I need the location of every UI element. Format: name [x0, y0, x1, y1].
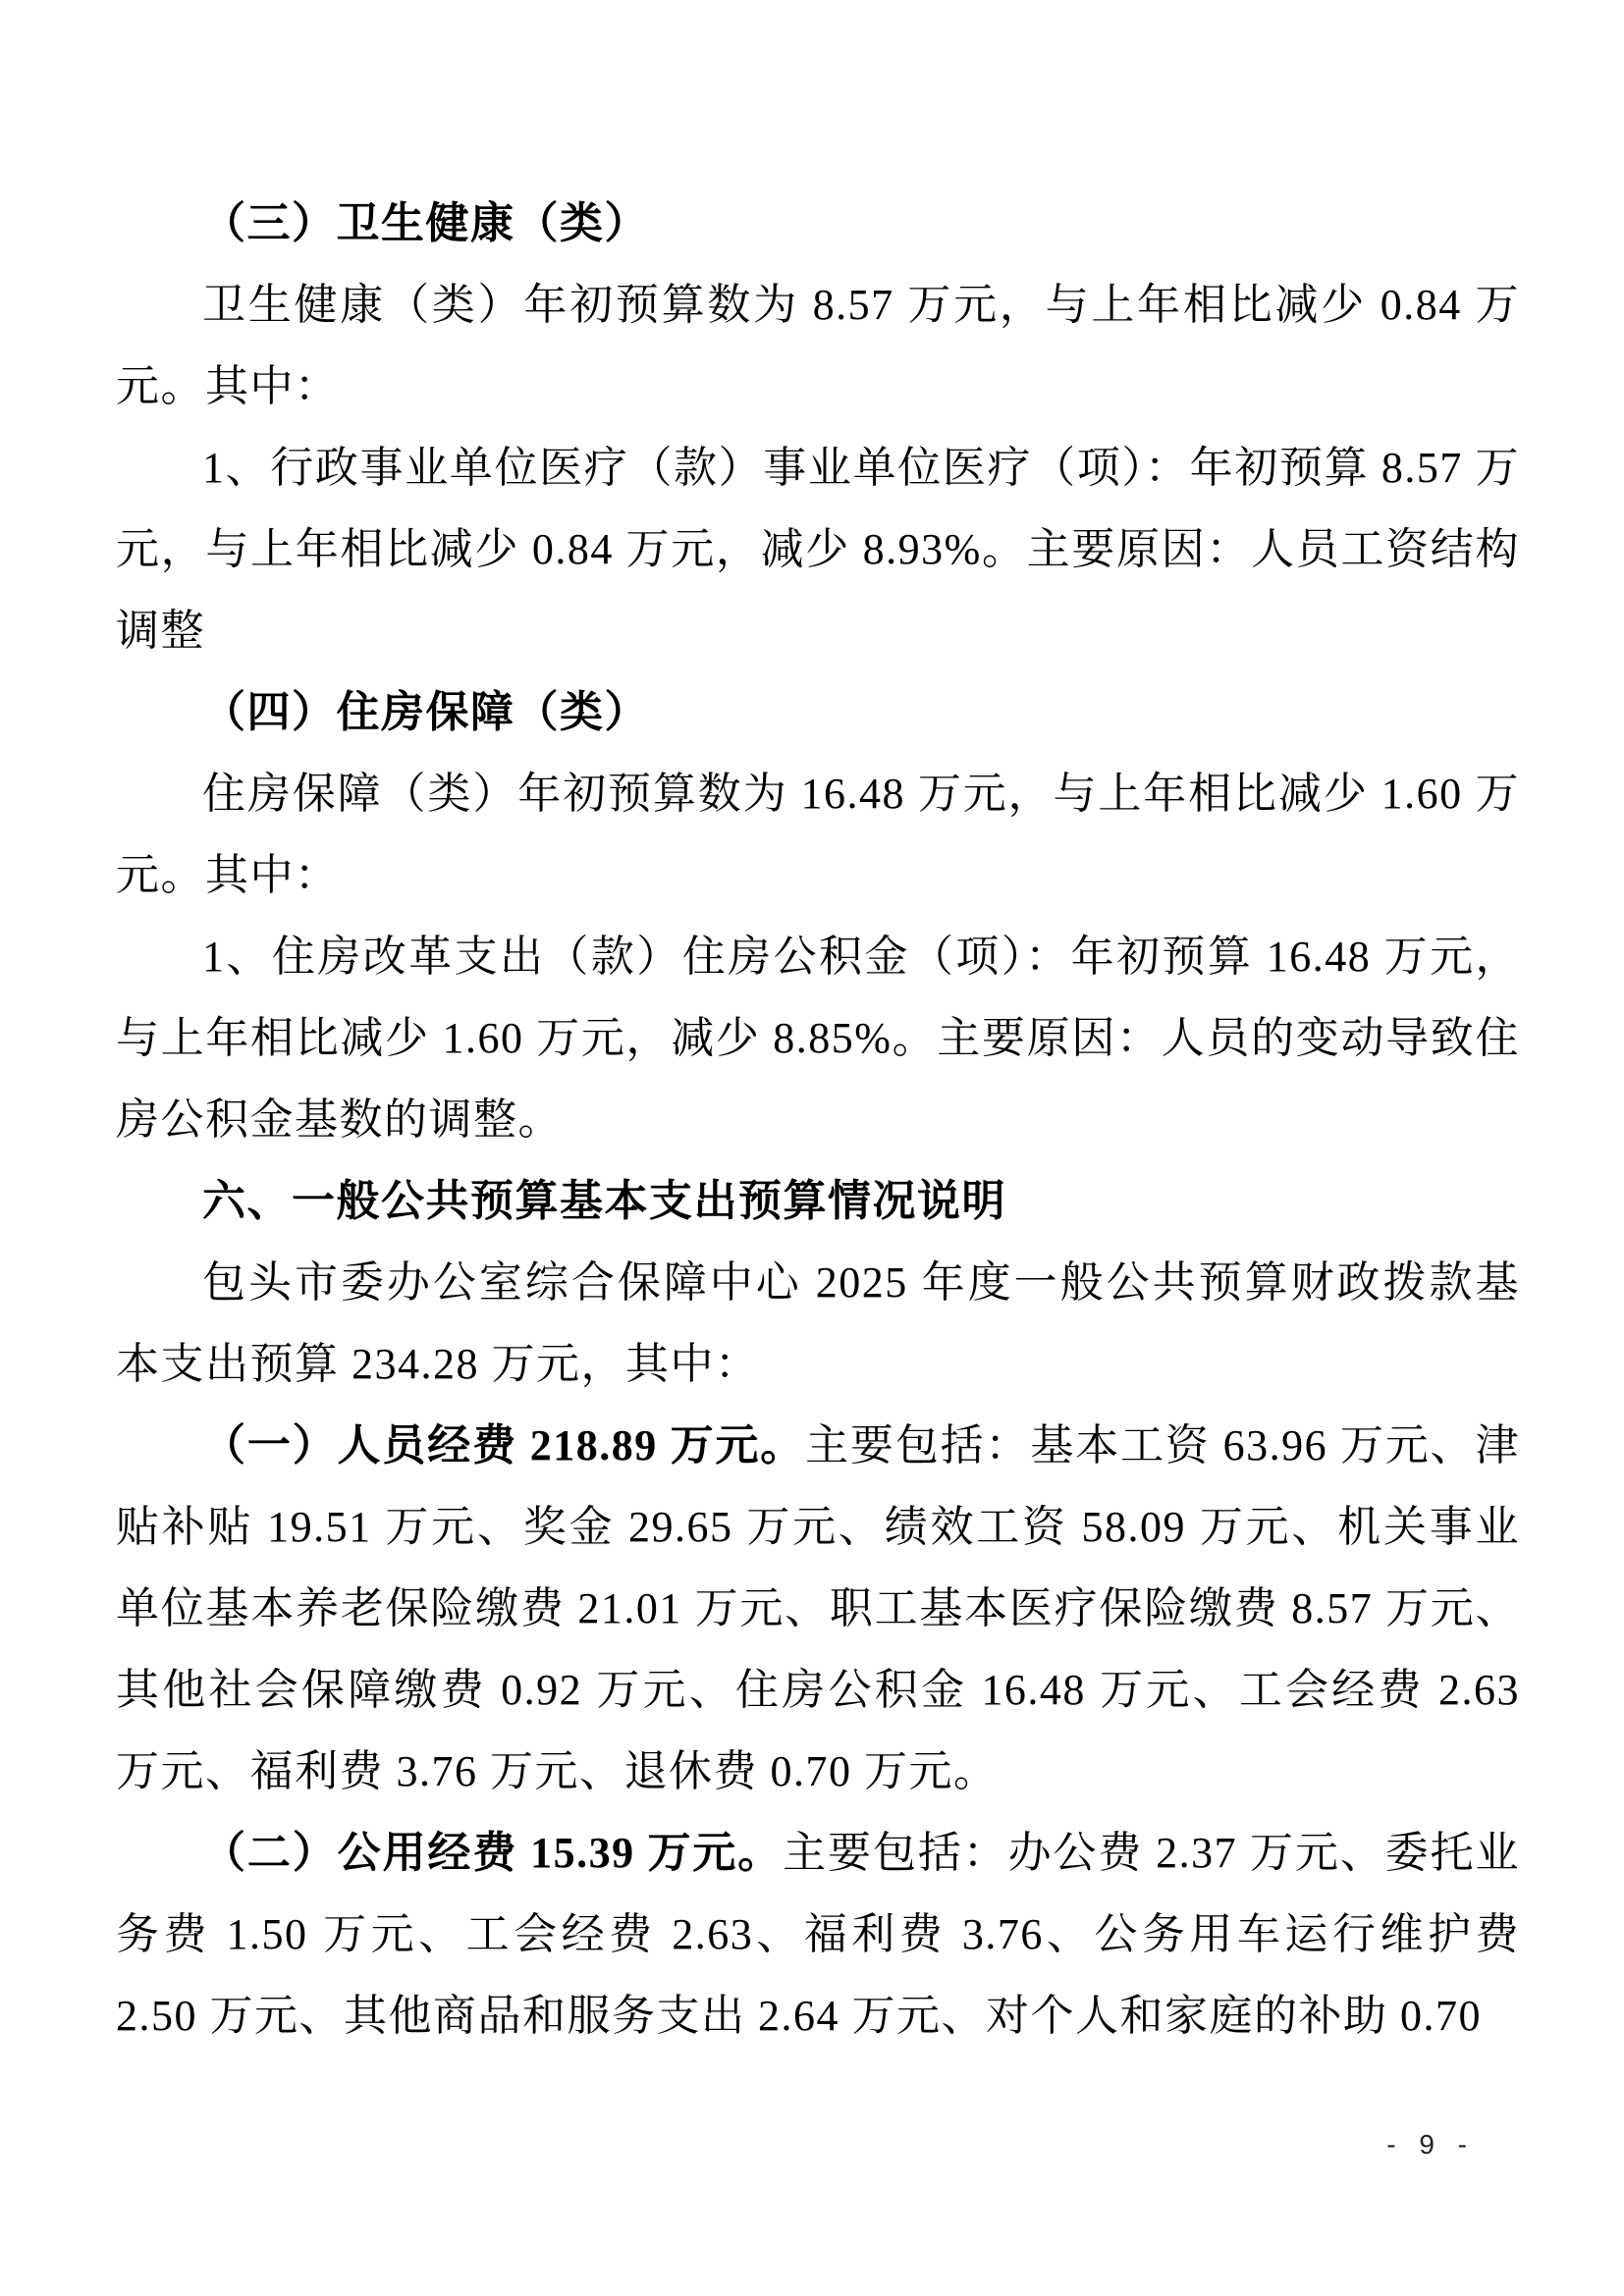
paragraph-health-item-1: 1、行政事业单位医疗（款）事业单位医疗（项）：年初预算 8.57 万元，与上年相… [116, 427, 1520, 671]
paragraph-public-expense-lead: （二）公用经费 15.39 万元。 [202, 1829, 783, 1877]
document-body: （三）卫生健康（类） 卫生健康（类）年初预算数为 8.57 万元，与上年相比减少… [116, 183, 1520, 2056]
page-number: - 9 - [1386, 2129, 1475, 2161]
paragraph-basic-expenditure-summary: 包头市委办公室综合保障中心 2025 年度一般公共预算财政拨款基本支出预算 23… [116, 1242, 1520, 1405]
paragraph-personnel-expense: （一）人员经费 218.89 万元。主要包括：基本工资 63.96 万元、津贴补… [116, 1405, 1520, 1812]
section-heading-health: （三）卫生健康（类） [116, 183, 1520, 264]
paragraph-health-summary: 卫生健康（类）年初预算数为 8.57 万元，与上年相比减少 0.84 万元。其中… [116, 264, 1520, 427]
paragraph-personnel-expense-lead: （一）人员经费 218.89 万元。 [202, 1421, 805, 1469]
paragraph-personnel-expense-body: 主要包括：基本工资 63.96 万元、津贴补贴 19.51 万元、奖金 29.6… [116, 1421, 1520, 1795]
section-heading-housing: （四）住房保障（类） [116, 671, 1520, 753]
paragraph-public-expense: （二）公用经费 15.39 万元。主要包括：办公费 2.37 万元、委托业务费 … [116, 1812, 1520, 2056]
document-page: （三）卫生健康（类） 卫生健康（类）年初预算数为 8.57 万元，与上年相比减少… [0, 0, 1624, 2296]
paragraph-housing-item-1: 1、住房改革支出（款）住房公积金（项）：年初预算 16.48 万元，与上年相比减… [116, 916, 1520, 1160]
paragraph-housing-summary: 住房保障（类）年初预算数为 16.48 万元，与上年相比减少 1.60 万元。其… [116, 753, 1520, 916]
section-heading-basic-expenditure: 六、一般公共预算基本支出预算情况说明 [116, 1160, 1520, 1242]
